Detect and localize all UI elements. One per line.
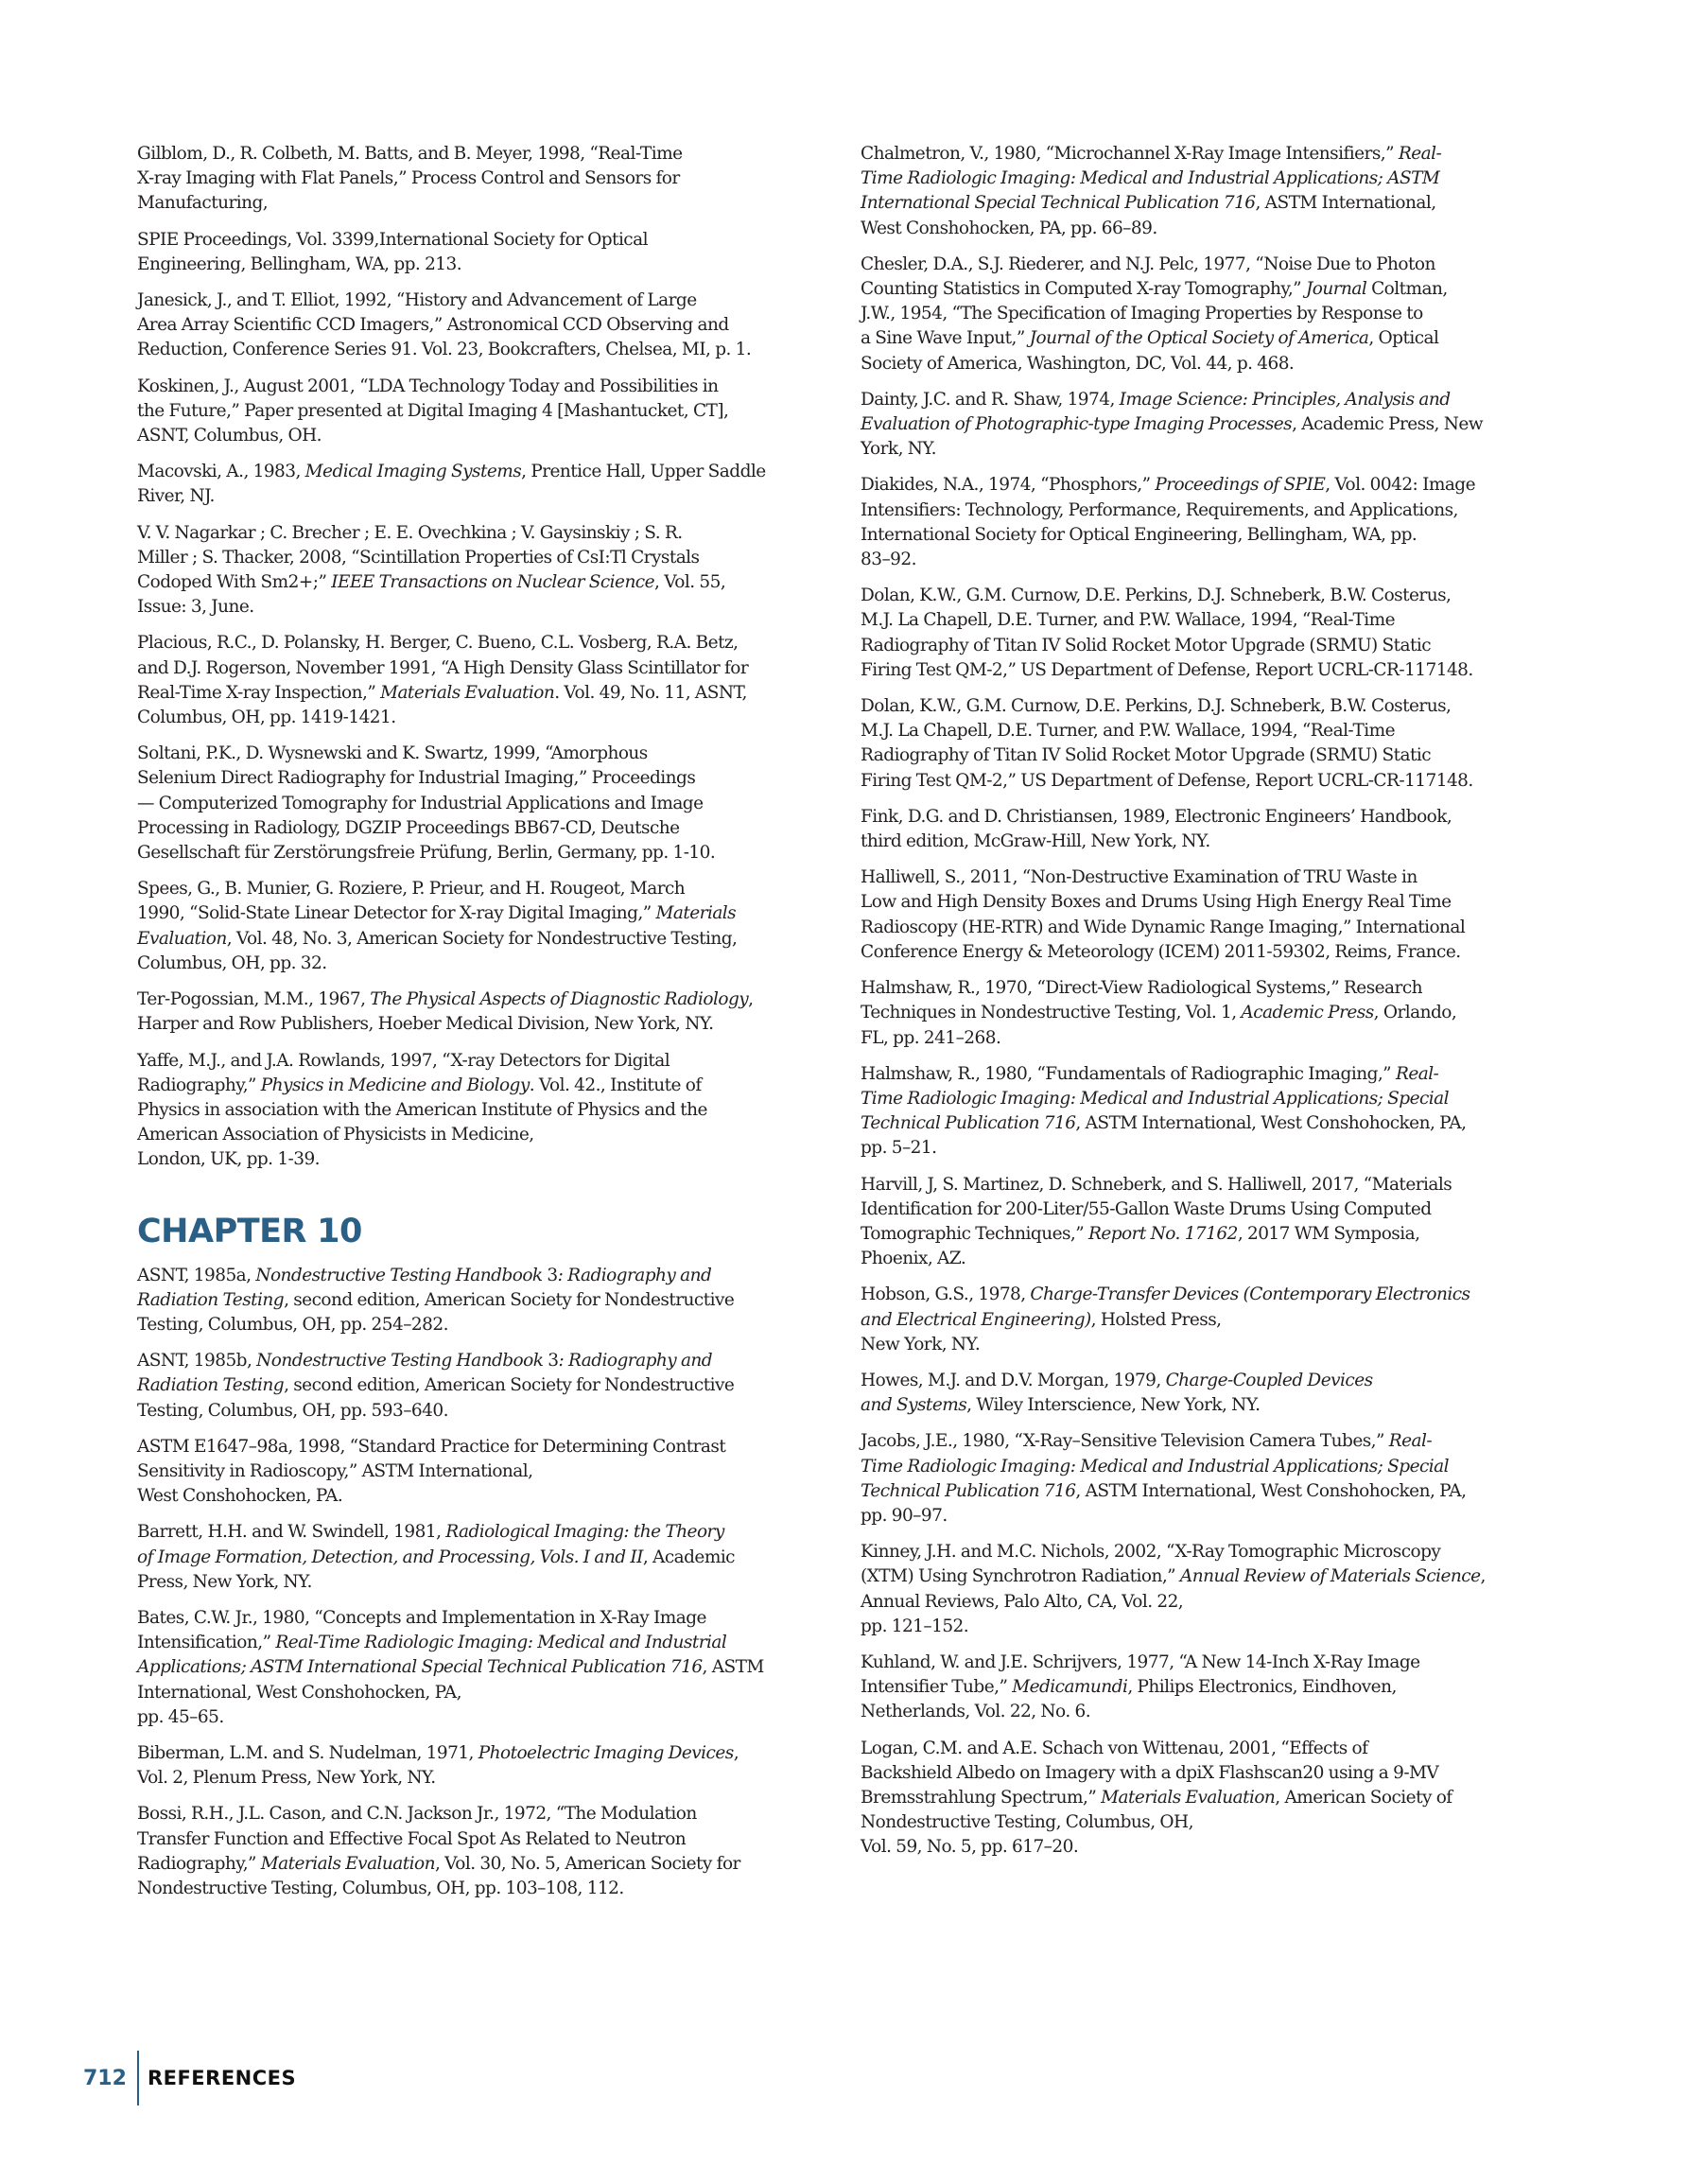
reference-entry: Gilblom, D., R. Colbeth, M. Batts, and B… bbox=[137, 142, 818, 217]
reference-line: Identification for 200-Liter/55-Gallon W… bbox=[861, 1197, 1541, 1222]
reference-line: Testing, Columbus, OH, pp. 593–640. bbox=[137, 1399, 818, 1424]
reference-entry: Jacobs, J.E., 1980, “X-Ray–Sensitive Tel… bbox=[861, 1429, 1541, 1529]
reference-entry: Dainty, J.C. and R. Shaw, 1974, Image Sc… bbox=[861, 388, 1541, 463]
reference-line: West Conshohocken, PA. bbox=[137, 1484, 818, 1509]
reference-line: Technical Publication 716, ASTM Internat… bbox=[861, 1111, 1541, 1136]
reference-line: ASNT, Columbus, OH. bbox=[137, 424, 818, 448]
reference-line: Kuhland, W. and J.E. Schrijvers, 1977, “… bbox=[861, 1651, 1541, 1675]
reference-line: V. V. Nagarkar ; C. Brecher ; E. E. Ovec… bbox=[137, 521, 818, 546]
reference-line: pp. 45–65. bbox=[137, 1705, 818, 1730]
reference-line: International Society for Optical Engine… bbox=[861, 523, 1541, 548]
reference-entry: Biberman, L.M. and S. Nudelman, 1971, Ph… bbox=[137, 1741, 818, 1791]
reference-line: Transfer Function and Effective Focal Sp… bbox=[137, 1827, 818, 1852]
reference-line: pp. 121–152. bbox=[861, 1615, 1541, 1639]
reference-line: 83–92. bbox=[861, 548, 1541, 572]
reference-line: Dainty, J.C. and R. Shaw, 1974, Image Sc… bbox=[861, 388, 1541, 412]
reference-line: Barrett, H.H. and W. Swindell, 1981, Rad… bbox=[137, 1520, 818, 1545]
reference-entry: Howes, M.J. and D.V. Morgan, 1979, Charg… bbox=[861, 1369, 1541, 1418]
reference-line: ASNT, 1985a, Nondestructive Testing Hand… bbox=[137, 1264, 818, 1288]
reference-line: Counting Statistics in Computed X-ray To… bbox=[861, 277, 1541, 302]
reference-line: Radiography,” Physics in Medicine and Bi… bbox=[137, 1074, 818, 1098]
reference-entry: Logan, C.M. and A.E. Schach von Wittenau… bbox=[861, 1737, 1541, 1861]
reference-line: Physics in association with the American… bbox=[137, 1098, 818, 1123]
reference-line: and Systems, Wiley Interscience, New Yor… bbox=[861, 1393, 1541, 1418]
reference-line: Halmshaw, R., 1970, “Direct-View Radiolo… bbox=[861, 976, 1541, 1001]
reference-line: Applications; ASTM International Special… bbox=[137, 1655, 818, 1680]
reference-line: J.W., 1954, “The Specification of Imagin… bbox=[861, 302, 1541, 326]
reference-line: M.J. La Chapell, D.E. Turner, and P.W. W… bbox=[861, 608, 1541, 633]
reference-line: Howes, M.J. and D.V. Morgan, 1979, Charg… bbox=[861, 1369, 1541, 1393]
footer-divider bbox=[137, 2051, 139, 2105]
reference-line: Nondestructive Testing, Columbus, OH, pp… bbox=[137, 1877, 818, 1901]
reference-line: Processing in Radiology, DGZIP Proceedin… bbox=[137, 816, 818, 841]
reference-line: Reduction, Conference Series 91. Vol. 23… bbox=[137, 338, 818, 362]
reference-entry: Fink, D.G. and D. Christiansen, 1989, El… bbox=[861, 805, 1541, 854]
reference-line: Phoenix, AZ. bbox=[861, 1247, 1541, 1271]
reference-line: SPIE Proceedings, Vol. 3399,Internationa… bbox=[137, 228, 818, 253]
reference-entry: ASTM E1647–98a, 1998, “Standard Practice… bbox=[137, 1435, 818, 1510]
reference-line: Annual Reviews, Palo Alto, CA, Vol. 22, bbox=[861, 1590, 1541, 1615]
reference-line: Halmshaw, R., 1980, “Fundamentals of Rad… bbox=[861, 1062, 1541, 1087]
reference-line: Manufacturing, bbox=[137, 191, 818, 216]
reference-line: Yaffe, M.J., and J.A. Rowlands, 1997, “X… bbox=[137, 1049, 818, 1074]
reference-line: American Association of Physicists in Me… bbox=[137, 1123, 818, 1147]
reference-line: 1990, “Solid-State Linear Detector for X… bbox=[137, 901, 818, 926]
reference-line: Conference Energy & Meteorology (ICEM) 2… bbox=[861, 940, 1541, 965]
reference-line: Columbus, OH, pp. 1419-1421. bbox=[137, 706, 818, 730]
reference-line: Diakides, N.A., 1974, “Phosphors,” Proce… bbox=[861, 473, 1541, 498]
reference-line: Radiation Testing, second edition, Ameri… bbox=[137, 1288, 818, 1313]
page-number: 712 bbox=[83, 2067, 127, 2090]
reference-line: M.J. La Chapell, D.E. Turner, and P.W. W… bbox=[861, 719, 1541, 743]
reference-entry: Koskinen, J., August 2001, “LDA Technolo… bbox=[137, 375, 818, 449]
reference-line: Gilblom, D., R. Colbeth, M. Batts, and B… bbox=[137, 142, 818, 166]
reference-list: Chalmetron, V., 1980, “Microchannel X-Ra… bbox=[861, 142, 1541, 1861]
reference-entry: Chesler, D.A., S.J. Riederer, and N.J. P… bbox=[861, 253, 1541, 376]
reference-line: Jacobs, J.E., 1980, “X-Ray–Sensitive Tel… bbox=[861, 1429, 1541, 1454]
reference-entry: ASNT, 1985b, Nondestructive Testing Hand… bbox=[137, 1349, 818, 1424]
reference-line: Halliwell, S., 2011, “Non-Destructive Ex… bbox=[861, 865, 1541, 890]
reference-line: Radiography,” Materials Evaluation, Vol.… bbox=[137, 1852, 818, 1877]
reference-line: Low and High Density Boxes and Drums Usi… bbox=[861, 890, 1541, 915]
reference-line: River, NJ. bbox=[137, 484, 818, 509]
reference-entry: Bossi, R.H., J.L. Cason, and C.N. Jackso… bbox=[137, 1802, 818, 1901]
reference-line: Intensifier Tube,” Medicamundi, Philips … bbox=[861, 1675, 1541, 1700]
reference-line: Society of America, Washington, DC, Vol.… bbox=[861, 352, 1541, 376]
reference-line: Real-Time X-ray Inspection,” Materials E… bbox=[137, 681, 818, 706]
reference-line: Tomographic Techniques,” Report No. 1716… bbox=[861, 1222, 1541, 1247]
reference-line: the Future,” Paper presented at Digital … bbox=[137, 399, 818, 424]
reference-line: York, NY. bbox=[861, 437, 1541, 462]
reference-entry: Halmshaw, R., 1980, “Fundamentals of Rad… bbox=[861, 1062, 1541, 1162]
reference-line: Time Radiologic Imaging: Medical and Ind… bbox=[861, 1455, 1541, 1479]
reference-line: Janesick, J., and T. Elliot, 1992, “Hist… bbox=[137, 288, 818, 313]
reference-line: Columbus, OH, pp. 32. bbox=[137, 952, 818, 976]
reference-line: Harper and Row Publishers, Hoeber Medica… bbox=[137, 1012, 818, 1037]
reference-line: Koskinen, J., August 2001, “LDA Technolo… bbox=[137, 375, 818, 399]
reference-line: Testing, Columbus, OH, pp. 254–282. bbox=[137, 1313, 818, 1337]
reference-line: ASNT, 1985b, Nondestructive Testing Hand… bbox=[137, 1349, 818, 1373]
reference-line: New York, NY. bbox=[861, 1333, 1541, 1357]
reference-line: Kinney, J.H. and M.C. Nichols, 2002, “X-… bbox=[861, 1540, 1541, 1564]
reference-entry: Macovski, A., 1983, Medical Imaging Syst… bbox=[137, 460, 818, 509]
reference-line: a Sine Wave Input,” Journal of the Optic… bbox=[861, 326, 1541, 351]
reference-line: Ter-Pogossian, M.M., 1967, The Physical … bbox=[137, 987, 818, 1012]
reference-line: Technical Publication 716, ASTM Internat… bbox=[861, 1479, 1541, 1504]
reference-line: and Electrical Engineering), Holsted Pre… bbox=[861, 1308, 1541, 1333]
reference-entry: Soltani, P.K., D. Wysnewski and K. Swart… bbox=[137, 742, 818, 865]
reference-entry: Placious, R.C., D. Polansky, H. Berger, … bbox=[137, 631, 818, 730]
reference-list: ASNT, 1985a, Nondestructive Testing Hand… bbox=[137, 1264, 818, 1902]
reference-line: International Special Technical Publicat… bbox=[861, 191, 1541, 216]
chapter-heading: CHAPTER 10 bbox=[137, 1213, 818, 1250]
reference-line: Firing Test QM-2,” US Department of Defe… bbox=[861, 769, 1541, 794]
reference-line: third edition, McGraw-Hill, New York, NY… bbox=[861, 830, 1541, 854]
reference-entry: Spees, G., B. Munier, G. Roziere, P. Pri… bbox=[137, 877, 818, 976]
reference-line: Placious, R.C., D. Polansky, H. Berger, … bbox=[137, 631, 818, 655]
reference-entry: V. V. Nagarkar ; C. Brecher ; E. E. Ovec… bbox=[137, 521, 818, 620]
reference-entry: Ter-Pogossian, M.M., 1967, The Physical … bbox=[137, 987, 818, 1037]
reference-entry: Chalmetron, V., 1980, “Microchannel X-Ra… bbox=[861, 142, 1541, 241]
reference-line: Radiation Testing, second edition, Ameri… bbox=[137, 1373, 818, 1398]
reference-line: and D.J. Rogerson, November 1991, “A Hig… bbox=[137, 656, 818, 681]
reference-line: Sensitivity in Radioscopy,” ASTM Interna… bbox=[137, 1459, 818, 1484]
reference-line: Logan, C.M. and A.E. Schach von Wittenau… bbox=[861, 1737, 1541, 1761]
reference-line: Harvill, J, S. Martinez, D. Schneberk, a… bbox=[861, 1173, 1541, 1197]
reference-entry: Halliwell, S., 2011, “Non-Destructive Ex… bbox=[861, 865, 1541, 965]
reference-line: Radiography of Titan IV Solid Rocket Mot… bbox=[861, 634, 1541, 658]
reference-line: Chesler, D.A., S.J. Riederer, and N.J. P… bbox=[861, 253, 1541, 277]
reference-line: Bates, C.W. Jr., 1980, “Concepts and Imp… bbox=[137, 1606, 818, 1631]
reference-line: Vol. 59, No. 5, pp. 617–20. bbox=[861, 1835, 1541, 1860]
reference-line: Issue: 3, June. bbox=[137, 595, 818, 620]
reference-line: Biberman, L.M. and S. Nudelman, 1971, Ph… bbox=[137, 1741, 818, 1766]
reference-line: Press, New York, NY. bbox=[137, 1570, 818, 1595]
reference-line: Area Array Scientific CCD Imagers,” Astr… bbox=[137, 313, 818, 338]
reference-line: Macovski, A., 1983, Medical Imaging Syst… bbox=[137, 460, 818, 484]
reference-entry: Kinney, J.H. and M.C. Nichols, 2002, “X-… bbox=[861, 1540, 1541, 1639]
reference-line: Evaluation of Photographic-type Imaging … bbox=[861, 412, 1541, 437]
reference-line: Vol. 2, Plenum Press, New York, NY. bbox=[137, 1766, 818, 1791]
reference-line: pp. 5–21. bbox=[861, 1136, 1541, 1161]
reference-line: Selenium Direct Radiography for Industri… bbox=[137, 766, 818, 791]
reference-line: Time Radiologic Imaging: Medical and Ind… bbox=[861, 1087, 1541, 1111]
reference-entry: Kuhland, W. and J.E. Schrijvers, 1977, “… bbox=[861, 1651, 1541, 1725]
reference-line: of Image Formation, Detection, and Proce… bbox=[137, 1546, 818, 1570]
reference-line: Hobson, G.S., 1978, Charge-Transfer Devi… bbox=[861, 1283, 1541, 1307]
reference-line: Miller ; S. Thacker, 2008, “Scintillatio… bbox=[137, 546, 818, 570]
reference-line: Radioscopy (HE-RTR) and Wide Dynamic Ran… bbox=[861, 916, 1541, 940]
reference-line: Codoped With Sm2+;” IEEE Transactions on… bbox=[137, 570, 818, 595]
reference-entry: Barrett, H.H. and W. Swindell, 1981, Rad… bbox=[137, 1520, 818, 1595]
reference-line: Chalmetron, V., 1980, “Microchannel X-Ra… bbox=[861, 142, 1541, 166]
reference-line: Gesellschaft für Zerstörungsfreie Prüfun… bbox=[137, 841, 818, 865]
reference-line: Evaluation, Vol. 48, No. 3, American Soc… bbox=[137, 927, 818, 952]
reference-line: ASTM E1647–98a, 1998, “Standard Practice… bbox=[137, 1435, 818, 1459]
reference-line: X-ray Imaging with Flat Panels,” Process… bbox=[137, 166, 818, 191]
reference-line: pp. 90–97. bbox=[861, 1504, 1541, 1529]
reference-line: London, UK, pp. 1-39. bbox=[137, 1147, 818, 1172]
reference-entry: Harvill, J, S. Martinez, D. Schneberk, a… bbox=[861, 1173, 1541, 1272]
reference-line: Bossi, R.H., J.L. Cason, and C.N. Jackso… bbox=[137, 1802, 818, 1826]
reference-list: Gilblom, D., R. Colbeth, M. Batts, and B… bbox=[137, 142, 818, 1173]
running-title: REFERENCES bbox=[148, 2067, 296, 2089]
reference-line: Time Radiologic Imaging: Medical and Ind… bbox=[861, 166, 1541, 191]
right-column: Chalmetron, V., 1980, “Microchannel X-Ra… bbox=[861, 142, 1541, 1872]
reference-line: Radiography of Titan IV Solid Rocket Mot… bbox=[861, 743, 1541, 768]
page-footer: 712 REFERENCES bbox=[83, 2051, 296, 2105]
reference-entry: Dolan, K.W., G.M. Curnow, D.E. Perkins, … bbox=[861, 694, 1541, 794]
reference-entry: Dolan, K.W., G.M. Curnow, D.E. Perkins, … bbox=[861, 584, 1541, 683]
reference-entry: Hobson, G.S., 1978, Charge-Transfer Devi… bbox=[861, 1283, 1541, 1357]
reference-line: Intensification,” Real-Time Radiologic I… bbox=[137, 1631, 818, 1655]
reference-line: Techniques in Nondestructive Testing, Vo… bbox=[861, 1001, 1541, 1025]
reference-line: International, West Conshohocken, PA, bbox=[137, 1681, 818, 1705]
reference-line: Backshield Albedo on Imagery with a dpiX… bbox=[861, 1761, 1541, 1786]
reference-entry: SPIE Proceedings, Vol. 3399,Internationa… bbox=[137, 228, 818, 277]
reference-entry: Janesick, J., and T. Elliot, 1992, “Hist… bbox=[137, 288, 818, 363]
reference-line: — Computerized Tomography for Industrial… bbox=[137, 792, 818, 816]
reference-line: Engineering, Bellingham, WA, pp. 213. bbox=[137, 253, 818, 277]
reference-line: Spees, G., B. Munier, G. Roziere, P. Pri… bbox=[137, 877, 818, 901]
reference-entry: Diakides, N.A., 1974, “Phosphors,” Proce… bbox=[861, 473, 1541, 572]
reference-line: Fink, D.G. and D. Christiansen, 1989, El… bbox=[861, 805, 1541, 830]
reference-entry: Yaffe, M.J., and J.A. Rowlands, 1997, “X… bbox=[137, 1049, 818, 1173]
reference-line: Intensifiers: Technology, Performance, R… bbox=[861, 498, 1541, 523]
reference-entry: Halmshaw, R., 1970, “Direct-View Radiolo… bbox=[861, 976, 1541, 1051]
left-column: Gilblom, D., R. Colbeth, M. Batts, and B… bbox=[137, 142, 818, 1913]
reference-line: FL, pp. 241–268. bbox=[861, 1026, 1541, 1051]
reference-line: (XTM) Using Synchrotron Radiation,” Annu… bbox=[861, 1564, 1541, 1589]
reference-line: Nondestructive Testing, Columbus, OH, bbox=[861, 1810, 1541, 1835]
reference-line: Firing Test QM-2,” US Department of Defe… bbox=[861, 658, 1541, 683]
reference-line: Bremsstrahlung Spectrum,” Materials Eval… bbox=[861, 1786, 1541, 1810]
reference-line: Dolan, K.W., G.M. Curnow, D.E. Perkins, … bbox=[861, 584, 1541, 608]
reference-line: Netherlands, Vol. 22, No. 6. bbox=[861, 1700, 1541, 1724]
reference-line: West Conshohocken, PA, pp. 66–89. bbox=[861, 217, 1541, 241]
reference-entry: Bates, C.W. Jr., 1980, “Concepts and Imp… bbox=[137, 1606, 818, 1730]
reference-entry: ASNT, 1985a, Nondestructive Testing Hand… bbox=[137, 1264, 818, 1338]
reference-line: Dolan, K.W., G.M. Curnow, D.E. Perkins, … bbox=[861, 694, 1541, 719]
reference-line: Soltani, P.K., D. Wysnewski and K. Swart… bbox=[137, 742, 818, 766]
